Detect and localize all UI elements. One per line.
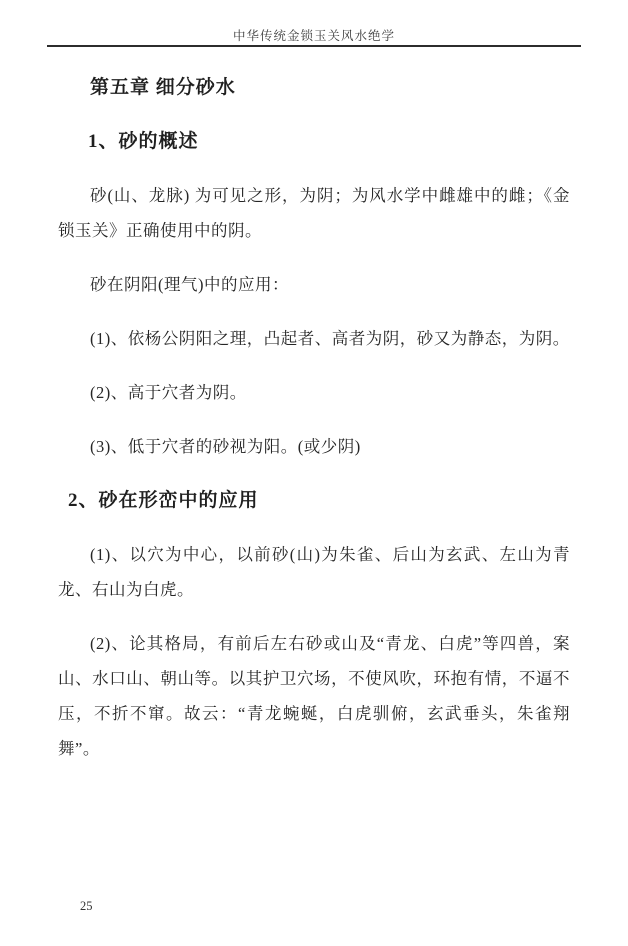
paragraph-xingluan-item-1: (1)、以穴为中心，以前砂(山)为朱雀、后山为玄武、左山为青龙、右山为白虎。 bbox=[58, 537, 570, 607]
paragraph-liqi-item-1: (1)、依杨公阴阳之理，凸起者、高者为阴，砂又为静态，为阴。 bbox=[58, 321, 570, 356]
paragraph-sand-overview: 砂(山、龙脉) 为可见之形，为阴；为风水学中雌雄中的雌；《金锁玉关》正确使用中的… bbox=[58, 178, 570, 248]
chapter-heading: 第五章 细分砂水 bbox=[90, 70, 570, 105]
section-1-heading: 1、砂的概述 bbox=[88, 124, 570, 159]
section-2-heading: 2、砂在形峦中的应用 bbox=[68, 483, 570, 518]
paragraph-liqi-item-2: (2)、高于穴者为阴。 bbox=[58, 375, 570, 410]
document-body: 第五章 细分砂水 1、砂的概述 砂(山、龙脉) 为可见之形，为阴；为风水学中雌雄… bbox=[58, 47, 570, 766]
running-header-title: 中华传统金锁玉关风水绝学 bbox=[0, 26, 628, 44]
page-number: 25 bbox=[80, 899, 93, 914]
paragraph-liqi-intro: 砂在阴阳(理气)中的应用： bbox=[58, 267, 570, 302]
paragraph-xingluan-item-2: (2)、论其格局，有前后左右砂或山及“青龙、白虎”等四兽，案山、水口山、朝山等。… bbox=[58, 626, 570, 766]
paragraph-liqi-item-3: (3)、低于穴者的砂视为阳。(或少阴) bbox=[58, 429, 570, 464]
